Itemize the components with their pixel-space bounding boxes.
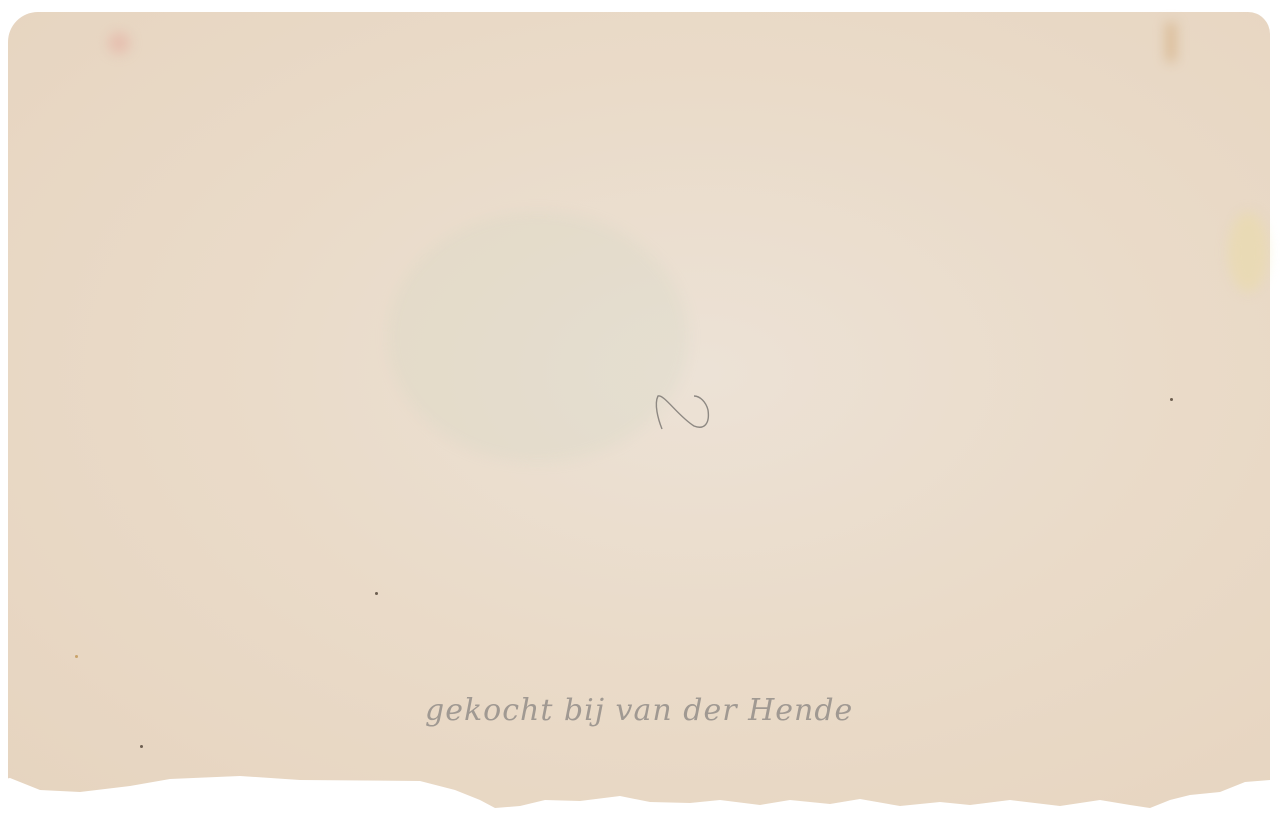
green-tint	[388, 212, 688, 462]
paper-sheet	[8, 12, 1270, 812]
speck	[140, 745, 143, 748]
speck	[375, 592, 378, 595]
yellow-tint	[1228, 212, 1268, 292]
speck	[1170, 398, 1173, 401]
speck	[75, 655, 78, 658]
pink-stain	[108, 32, 130, 54]
pencil-numeral	[650, 384, 720, 434]
pencil-inscription: gekocht bij van der Hende	[425, 693, 853, 728]
tape-stain	[1166, 22, 1176, 62]
